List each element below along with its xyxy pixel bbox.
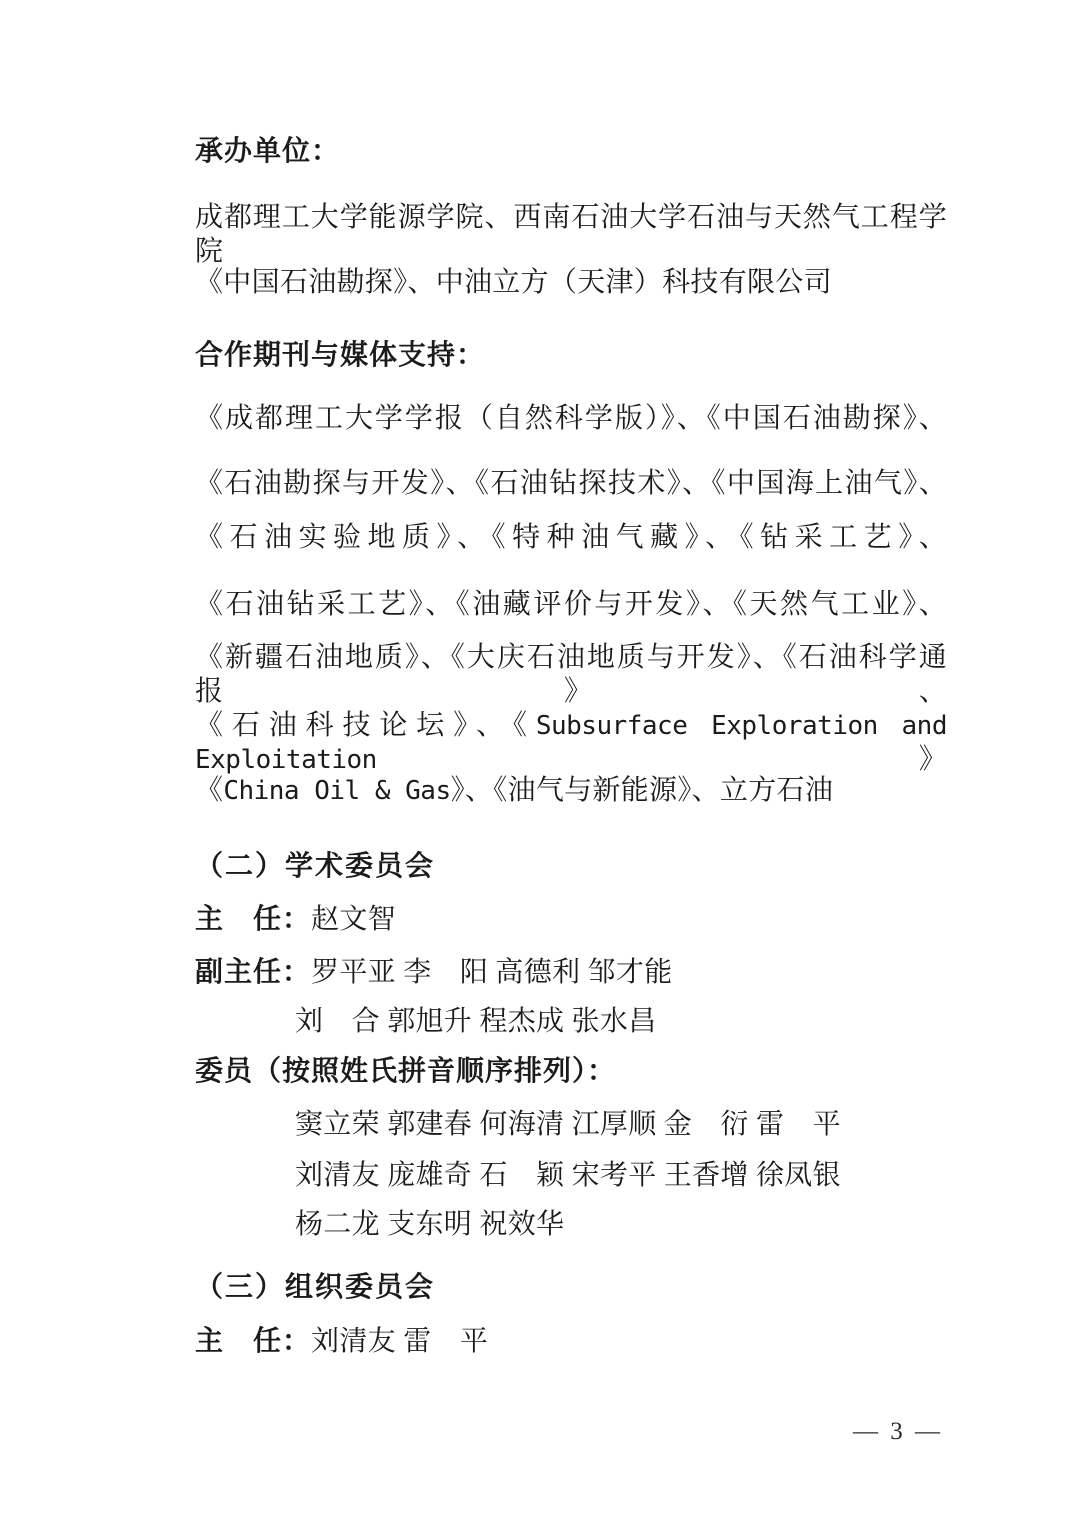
academic-committee-heading: （二）学术委员会	[195, 850, 435, 884]
organizing-chair-label: 主 任：	[195, 1325, 311, 1356]
organizers-line-2: 《中国石油勘探》、中油立方（天津）科技有限公司	[195, 266, 832, 300]
organizing-committee-heading: （三）组织委员会	[195, 1271, 435, 1305]
academic-vice-chair-label: 副主任：	[195, 956, 311, 987]
journal-line-1: 《成都理工大学学报（自然科学版）》、《中国石油勘探》、	[195, 402, 947, 436]
journal-line-7: 《China Oil & Gas》、《油气与新能源》、立方石油	[195, 774, 833, 808]
academic-committee-vice-chair-line-2: 刘 合 郭旭升 程杰成 张水昌	[295, 1005, 657, 1039]
academic-committee-members-line-1: 窦立荣 郭建春 何海清 江厚顺 金 衍 雷 平	[295, 1108, 841, 1142]
journal-line-7-cjk-suffix: 》、《油气与新能源》、立方石油	[451, 775, 834, 806]
academic-committee-members-line-2: 刘清友 庞雄奇 石 颖 宋考平 王香增 徐凤银	[295, 1159, 841, 1193]
academic-committee-vice-chair-line-1: 副主任：罗平亚 李 阳 高德利 邹才能	[195, 955, 673, 990]
academic-committee-members-line-3: 杨二龙 支东明 祝效华	[295, 1208, 564, 1242]
journal-line-7-cjk-prefix: 《	[195, 775, 223, 806]
document-page: 承办单位： 成都理工大学能源学院、西南石油大学石油与天然气工程学院 《中国石油勘…	[0, 0, 1080, 1527]
journal-line-3: 《石油实验地质》、《特种油气藏》、《钻采工艺》、	[195, 521, 947, 555]
journal-line-5: 《新疆石油地质》、《大庆石油地质与开发》、《石油科学通报》、	[195, 641, 947, 709]
organizers-line-1: 成都理工大学能源学院、西南石油大学石油与天然气工程学院	[195, 201, 947, 269]
academic-chair-names: 赵文智	[311, 904, 396, 935]
journals-heading: 合作期刊与媒体支持：	[195, 338, 485, 372]
journal-line-6-cjk-suffix: 》	[377, 744, 947, 775]
organizers-heading: 承办单位：	[195, 134, 340, 168]
academic-committee-chair-line: 主 任：赵文智	[195, 902, 396, 937]
organizing-chair-names: 刘清友 雷 平	[311, 1326, 488, 1357]
journal-line-2: 《石油勘探与开发》、《石油钻探技术》、《中国海上油气》、	[195, 467, 947, 501]
academic-committee-members-label: 委员（按照姓氏拼音顺序排列）：	[195, 1054, 616, 1088]
academic-vice-chair-names-1: 罗平亚 李 阳 高德利 邹才能	[311, 957, 673, 988]
journal-line-4: 《石油钻采工艺》、《油藏评价与开发》、《天然气工业》、	[195, 588, 947, 622]
journal-line-6: 《石油科技论坛》、《Subsurface Exploration and Exp…	[195, 709, 947, 777]
journal-line-7-latin-title: China Oil & Gas	[223, 776, 450, 806]
journal-line-6-cjk-prefix: 《石油科技论坛》、《	[195, 710, 536, 741]
academic-chair-label: 主 任：	[195, 903, 311, 934]
page-number: — 3 —	[828, 1418, 968, 1446]
organizing-committee-chair-line: 主 任：刘清友 雷 平	[195, 1324, 488, 1359]
